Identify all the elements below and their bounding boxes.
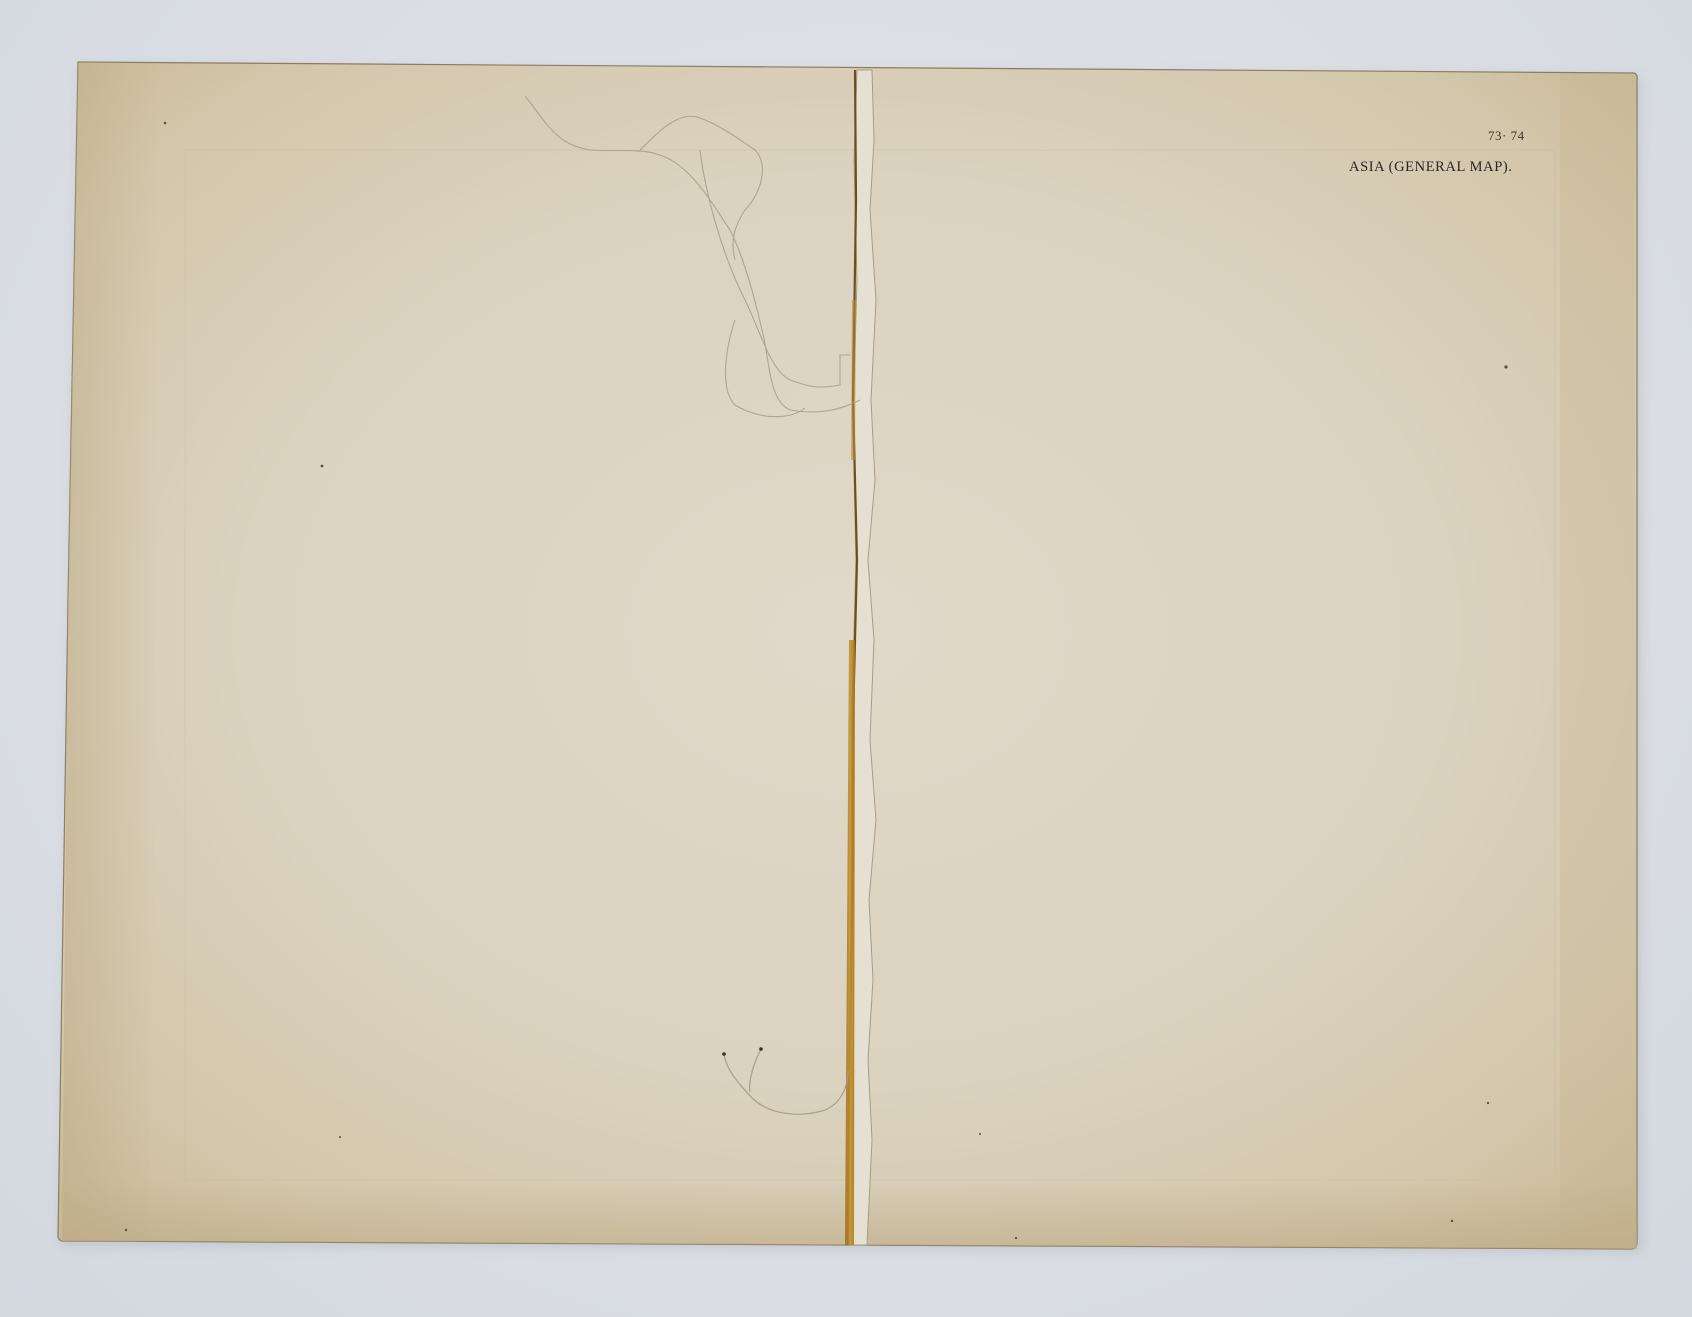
atlas-sheet [0, 0, 1692, 1317]
page-numbers: 73· 74 [1488, 128, 1525, 144]
map-title: ASIA (GENERAL MAP). [1349, 159, 1513, 176]
